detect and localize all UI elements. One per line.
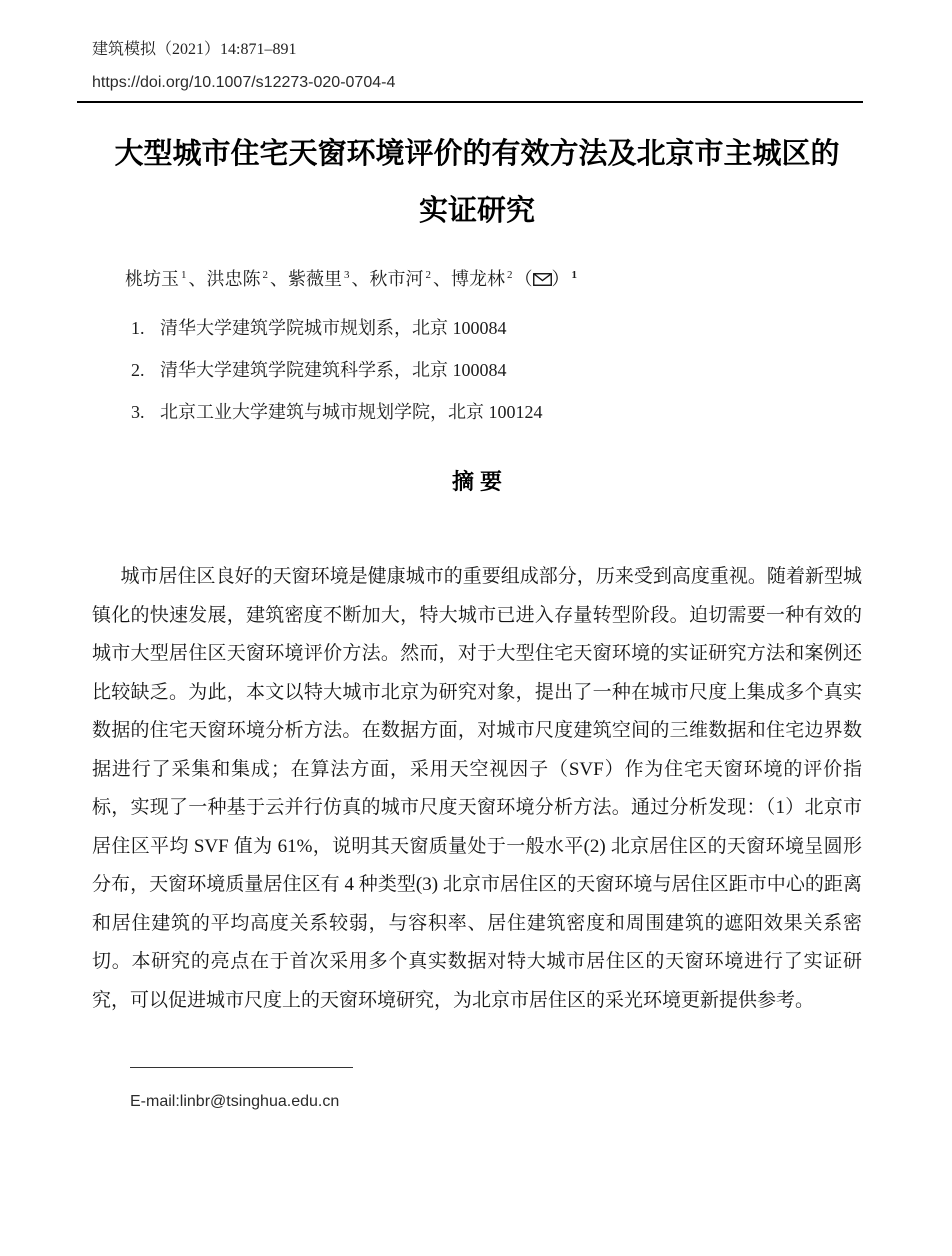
- paper-title-line1: 大型城市住宅天窗环境评价的有效方法及北京市主城区的: [92, 126, 862, 183]
- author-name: 秋市河: [370, 269, 424, 289]
- author-separator: 、: [433, 269, 451, 289]
- author-affiliation-sup: 2: [263, 269, 269, 281]
- author-name: 紫薇里: [288, 269, 342, 289]
- author-name: 博龙林: [451, 269, 505, 289]
- affiliation-item: 1. 清华大学建筑学院城市规划系，北京 100084: [131, 318, 862, 339]
- author-affiliation-sup: 1: [181, 269, 187, 281]
- affiliation-text: 清华大学建筑学院建筑科学系，北京 100084: [160, 360, 507, 381]
- corresponding-paren-close: ）: [552, 269, 570, 289]
- author-separator: 、: [352, 269, 370, 289]
- author-name: 桃坊玉: [125, 269, 179, 289]
- journal-citation: 建筑模拟（2021）14:871–891: [92, 40, 862, 60]
- paper-title-line2: 实证研究: [92, 183, 862, 240]
- page-header: 建筑模拟（2021）14:871–891 https://doi.org/10.…: [92, 40, 862, 103]
- author-list: 桃坊玉1、洪忠陈2、紫薇里3、秋市河2、博龙林2（）1: [92, 262, 862, 292]
- affiliation-item: 3. 北京工业大学建筑与城市规划学院，北京 100124: [131, 402, 862, 423]
- affiliation-text: 北京工业大学建筑与城市规划学院，北京 100124: [160, 402, 543, 423]
- affiliation-list: 1. 清华大学建筑学院城市规划系，北京 100084 2. 清华大学建筑学院建筑…: [92, 318, 862, 423]
- doi-link[interactable]: https://doi.org/10.1007/s12273-020-0704-…: [92, 74, 862, 92]
- author-affiliation-sup: 2: [507, 269, 513, 281]
- author-separator: 、: [189, 269, 207, 289]
- author-separator: 、: [270, 269, 288, 289]
- author-affiliation-sup: 3: [344, 269, 350, 281]
- page-content: 建筑模拟（2021）14:871–891 https://doi.org/10.…: [0, 0, 952, 1020]
- header-rule: [77, 101, 863, 103]
- affiliation-number: 1.: [131, 318, 160, 339]
- paper-page: 建筑模拟（2021）14:871–891 https://doi.org/10.…: [0, 0, 952, 1256]
- author-affiliation-sup: 2: [426, 269, 432, 281]
- footnote-block: E-mail:linbr@tsinghua.edu.cn: [130, 1067, 353, 1111]
- corresponding-paren-open: （: [515, 269, 533, 289]
- affiliation-item: 2. 清华大学建筑学院建筑科学系，北京 100084: [131, 360, 862, 381]
- email-envelope-icon: [533, 273, 552, 286]
- affiliation-number: 2.: [131, 360, 160, 381]
- corresponding-author-sup: 1: [572, 269, 578, 281]
- author-name: 洪忠陈: [207, 269, 261, 289]
- paper-title: 大型城市住宅天窗环境评价的有效方法及北京市主城区的 实证研究: [92, 126, 862, 240]
- abstract-paragraph: 城市居住区良好的天窗环境是健康城市的重要组成部分，历来受到高度重视。随着新型城镇…: [92, 558, 862, 1020]
- affiliation-text: 清华大学建筑学院城市规划系，北京 100084: [160, 318, 507, 339]
- affiliation-number: 3.: [131, 402, 160, 423]
- abstract-heading: 摘 要: [92, 470, 862, 494]
- corresponding-email[interactable]: E-mail:linbr@tsinghua.edu.cn: [130, 1093, 353, 1111]
- footnote-rule: [130, 1067, 353, 1068]
